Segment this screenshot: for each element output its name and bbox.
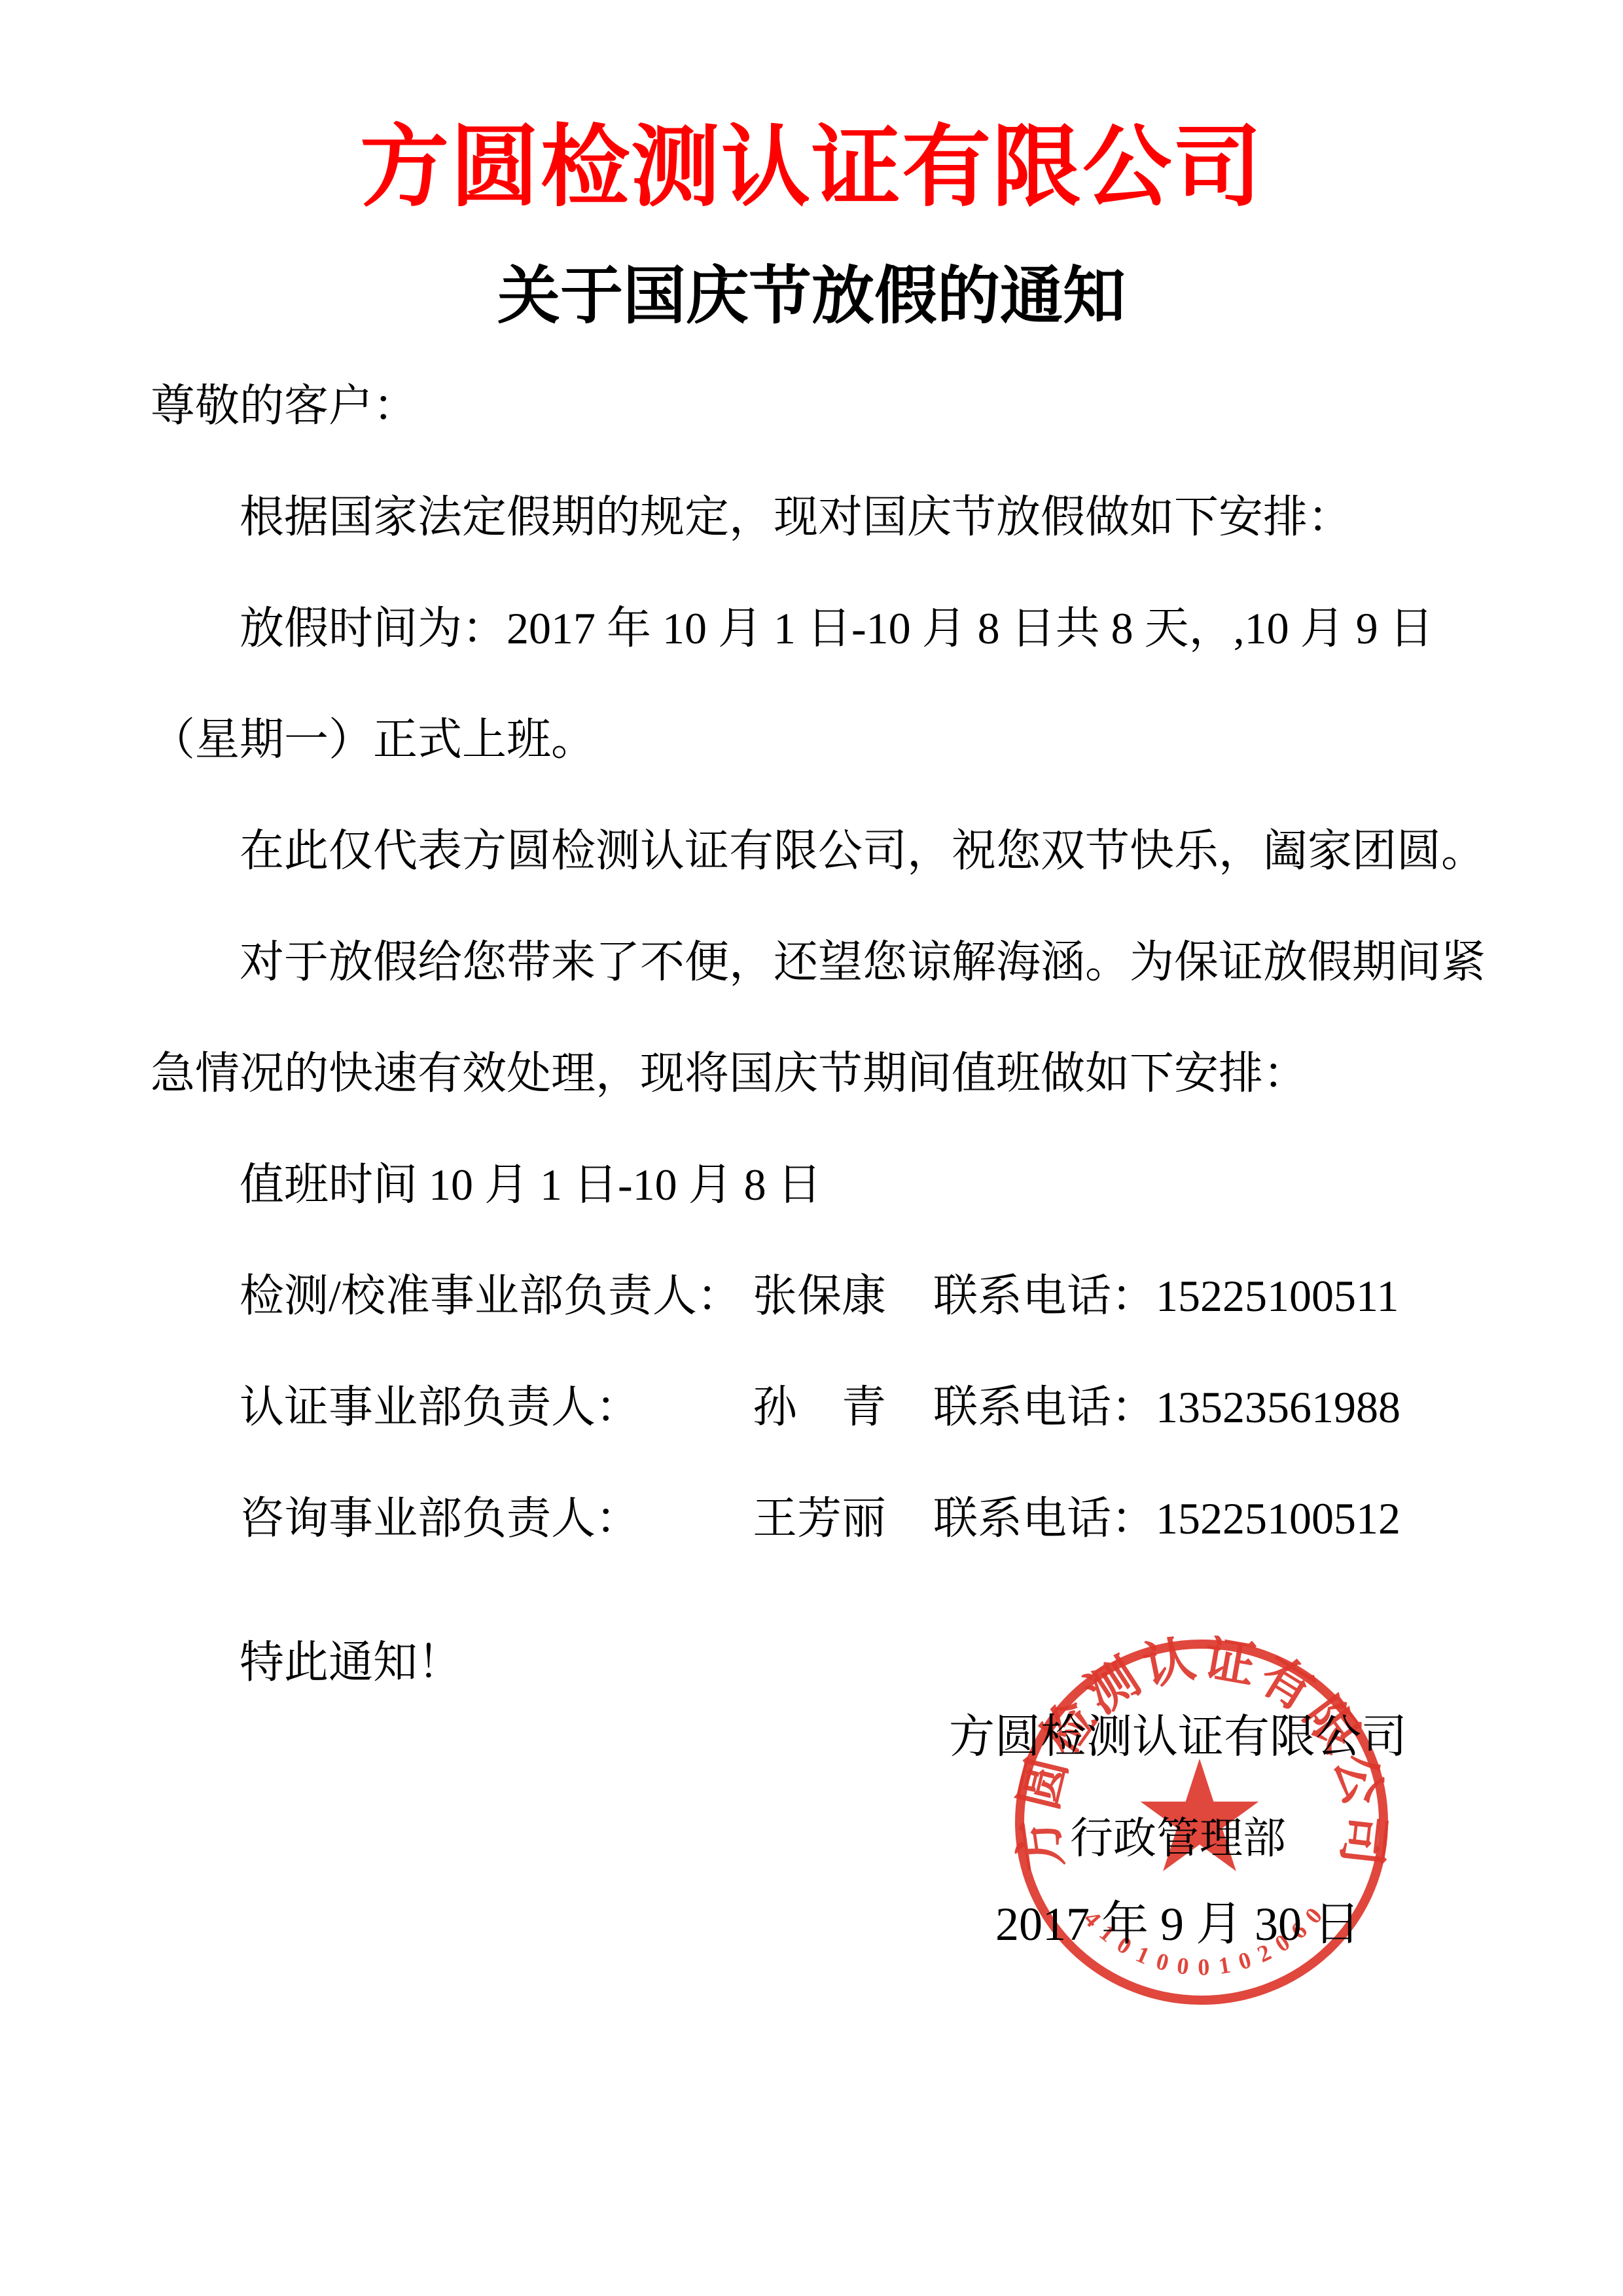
body-line: 放假时间为：2017 年 10 月 1 日-10 月 8 日共 8 天，,10 … [151,573,1492,684]
duty-row-consulting: 咨询事业部负责人：王芳丽联系电话：15225100512 [151,1463,1492,1574]
body-line: 在此仅代表方圆检测认证有限公司，祝您双节快乐，阖家团圆。 [151,795,1492,906]
document-page: 方圆检测认证有限公司 关于国庆节放假的通知 尊敬的客户： 根据国家法定假期的规定… [0,0,1623,2296]
duty-person-name: 王芳丽 [753,1463,933,1574]
body-line: （星期一）正式上班。 [151,684,1492,795]
duty-phone: 联系电话：15225100512 [933,1463,1400,1574]
phone-number: 15225100512 [1156,1494,1400,1543]
phone-number: 15225100511 [1156,1271,1399,1321]
body-line: 根据国家法定假期的规定，现对国庆节放假做如下安排： [151,461,1492,573]
duty-row-testing: 检测/校准事业部负责人：张保康联系电话：15225100511 [151,1240,1492,1352]
duty-department-label: 咨询事业部负责人： [240,1463,753,1574]
phone-number: 13523561988 [1156,1382,1400,1432]
company-title: 方圆检测认证有限公司 [0,110,1623,226]
duty-phone: 联系电话：15225100511 [933,1240,1399,1352]
body-line: 对于放假给您带来了不便，还望您谅解海涵。为保证放假期间紧 [151,906,1492,1018]
salutation-line: 尊敬的客户： [151,350,1492,461]
duty-person-name: 张保康 [753,1240,933,1352]
phone-label: 联系电话： [933,1494,1156,1543]
duty-department-label: 认证事业部负责人： [240,1352,753,1463]
phone-label: 联系电话： [933,1271,1156,1321]
duty-row-certification: 认证事业部负责人：孙 青联系电话：13523561988 [151,1352,1492,1463]
phone-label: 联系电话： [933,1382,1156,1432]
signature-company: 方圆检测认证有限公司 [923,1708,1433,1767]
notice-title: 关于国庆节放假的通知 [0,254,1623,339]
body-line: 急情况的快速有效处理，现将国庆节期间值班做如下安排： [151,1018,1492,1129]
notice-body: 尊敬的客户： 根据国家法定假期的规定，现对国庆节放假做如下安排： 放假时间为：2… [151,350,1492,1718]
duty-phone: 联系电话：13523561988 [933,1352,1400,1463]
signature-date: 2017 年 9 月 30 日 [923,1895,1433,1954]
duty-department-label: 检测/校准事业部负责人： [240,1240,753,1352]
signature-department: 行政管理部 [923,1810,1433,1869]
duty-person-name: 孙 青 [753,1352,933,1463]
notice-document: { "titles": { "company": "方圆检测认证有限公司", "… [0,0,1623,2296]
duty-time-line: 值班时间 10 月 1 日-10 月 8 日 [151,1129,1492,1240]
